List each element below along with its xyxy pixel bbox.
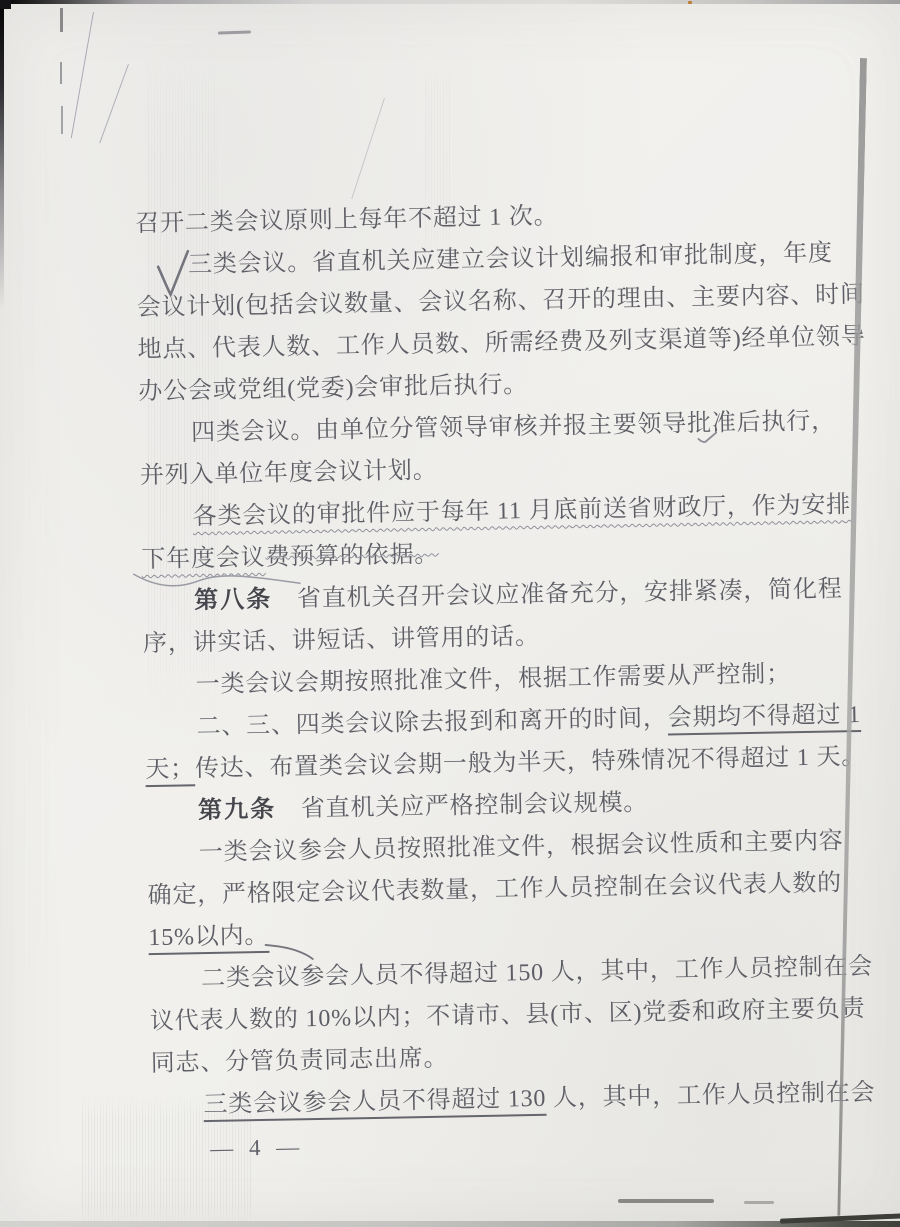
scan-edge-left <box>0 0 4 310</box>
text-segment: 四类会议。由单位分管领导审核并报主要领导批准后执行， <box>191 408 836 446</box>
text-segment: 序，讲实话、讲短话、讲管用的话。 <box>143 624 540 657</box>
text-segment: 天； <box>145 756 195 783</box>
scan-mark-dash <box>744 1201 774 1204</box>
text-segment: 会期均不得超过 1 <box>667 702 861 732</box>
underline-tail-squiggle <box>132 568 304 595</box>
tick-mark-icon <box>697 431 719 447</box>
text-segment: 办公会或党组(党委)会审批后执行。 <box>138 372 528 405</box>
scan-edge-bottom <box>0 1221 900 1227</box>
scan-scratch-line <box>71 12 94 138</box>
text-lines: 召开二类会议原则上每年不超过 1 次。三类会议。省直机关应建立会议计划编报和审批… <box>135 190 852 1127</box>
scan-scratch-line <box>99 64 129 143</box>
scan-mark-dash <box>218 30 251 34</box>
scan-speck <box>688 1 692 4</box>
scan-mark-dash <box>618 1199 714 1203</box>
text-segment: 确定，严格限定会议代表数量，工作人员控制在会议代表人数的 <box>147 870 842 909</box>
text-segment: 会议计划(包括会议数量、会议名称、召开的理由、主要内容、时间 <box>137 282 865 321</box>
scan-corner-shadow <box>0 0 11 9</box>
text-segment: 一类会议会期按照批准文件，根据工作需要从严控制； <box>196 661 792 698</box>
text-segment: 召开二类会议原则上每年不超过 1 次。 <box>135 203 559 237</box>
scan-scratch-line <box>351 98 385 199</box>
underline-tail-squiggle <box>265 942 315 963</box>
text-segment: 省直机关召开会议应准备充分，安排紧凑，简化程 <box>272 576 843 612</box>
text-segment: 三类会议。省直机关应建立会议计划编报和审批制度，年度 <box>188 240 833 278</box>
text-segment: 各类会议的审批件应于每年 11 月底前送省财政厅，作为安排 <box>192 492 851 530</box>
text-segment: 并列入单位年度会议计划。 <box>140 458 438 489</box>
text-segment: 同志、分管负责同志出席。 <box>150 1046 448 1077</box>
article-heading: 第九条 <box>198 797 276 824</box>
scanned-page: 召开二类会议原则上每年不超过 1 次。三类会议。省直机关应建立会议计划编报和审批… <box>0 0 900 1227</box>
text-segment: 人，其中，工作人员控制在会 <box>546 1080 876 1112</box>
document-text: 召开二类会议原则上每年不超过 1 次。三类会议。省直机关应建立会议计划编报和审批… <box>135 190 853 1171</box>
text-segment: 费预算的依据。 <box>265 542 439 571</box>
scan-speck <box>60 8 63 32</box>
text-segment: 三类会议参会人员不得超过 130 <box>203 1086 546 1118</box>
scan-speck <box>61 106 63 134</box>
text-segment: 一类会议参会人员按照批准文件，根据会议性质和主要内容 <box>199 828 844 866</box>
scan-speck <box>60 62 62 84</box>
text-segment: 二、三、四类会议除去报到和离开的时间， <box>196 706 668 741</box>
checkmark-annotation-icon <box>154 248 193 299</box>
text-segment: 省直机关应严格控制会议规模。 <box>276 790 648 823</box>
scan-edge-top <box>0 0 900 4</box>
text-segment: 议代表人数的 10%以内；不请市、县(市、区)党委和政府主要负责 <box>150 996 866 1035</box>
text-segment: 传达、布置类会议会期一般为半天，特殊情况不得超过 1 天。 <box>195 744 867 782</box>
text-segment: 地点、代表人数、工作人员数、所需经费及列支渠道等)经单位领导 <box>137 324 865 363</box>
text-segment: 15%以内。 <box>148 923 269 951</box>
